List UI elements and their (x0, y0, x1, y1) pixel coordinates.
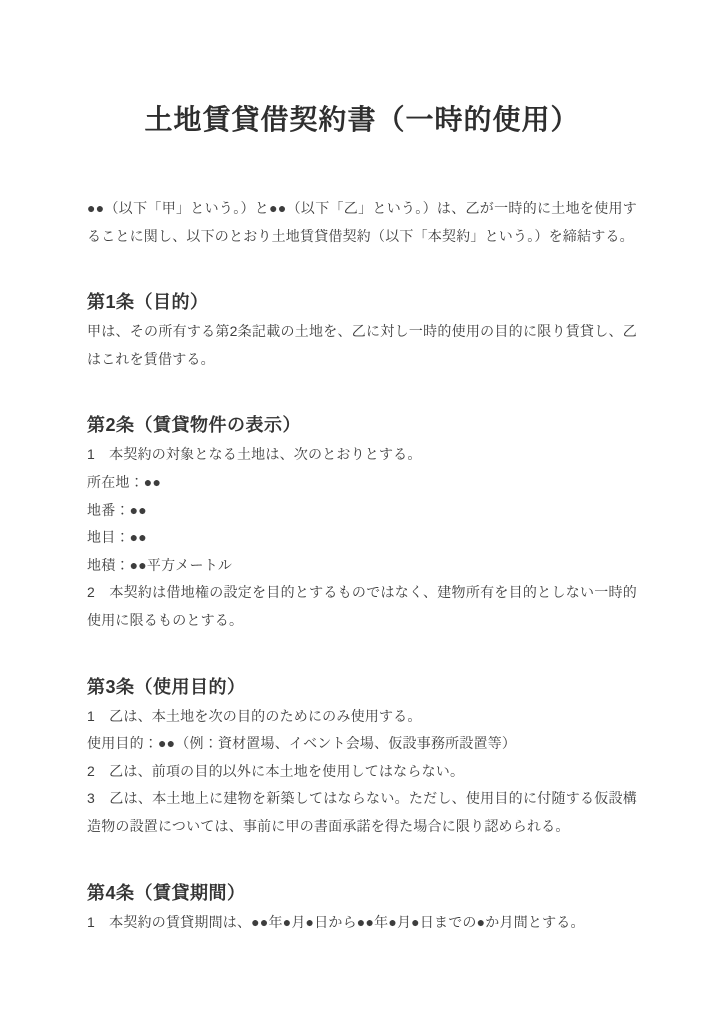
article-3-clause-3: 3 乙は、本土地上に建物を新築してはならない。ただし、使用目的に付随する仮設構造… (87, 785, 637, 840)
article-1-heading: 第1条（目的） (87, 288, 637, 316)
preamble-paragraph: ●●（以下「甲」という。）と●●（以下「乙」という。）は、乙が一時的に土地を使用… (87, 195, 637, 250)
article-2-clause-1: 1 本契約の対象となる土地は、次のとおりとする。 (87, 441, 637, 469)
document-title: 土地賃貸借契約書（一時的使用） (87, 100, 637, 140)
contract-document-page: 土地賃貸借契約書（一時的使用） ●●（以下「甲」という。）と●●（以下「乙」とい… (0, 0, 724, 1024)
article-3-heading: 第3条（使用目的） (87, 673, 637, 701)
article-1-section: 第1条（目的） 甲は、その所有する第2条記載の土地を、乙に対し一時的使用の目的に… (87, 288, 637, 373)
article-2-section: 第2条（賃貸物件の表示） 1 本契約の対象となる土地は、次のとおりとする。 所在… (87, 411, 637, 634)
article-4-heading: 第4条（賃貸期間） (87, 879, 637, 907)
article-3-clause-1: 1 乙は、本土地を次の目的のためにのみ使用する。 (87, 703, 637, 731)
property-land-area-line: 地積：●●平方メートル (87, 552, 637, 580)
article-4-section: 第4条（賃貸期間） 1 本契約の賃貸期間は、●●年●月●日から●●年●月●日まで… (87, 879, 637, 937)
property-location-line: 所在地：●● (87, 469, 637, 497)
article-3-section: 第3条（使用目的） 1 乙は、本土地を次の目的のためにのみ使用する。 使用目的：… (87, 673, 637, 841)
article-3-clause-2: 2 乙は、前項の目的以外に本土地を使用してはならない。 (87, 758, 637, 786)
article-1-paragraph: 甲は、その所有する第2条記載の土地を、乙に対し一時的使用の目的に限り賃貸し、乙は… (87, 318, 637, 373)
article-2-heading: 第2条（賃貸物件の表示） (87, 411, 637, 439)
usage-purpose-line: 使用目的：●●（例：資材置場、イベント会場、仮設事務所設置等） (87, 730, 637, 758)
property-lot-number-line: 地番：●● (87, 497, 637, 525)
article-4-clause-1: 1 本契約の賃貸期間は、●●年●月●日から●●年●月●日までの●か月間とする。 (87, 909, 637, 937)
property-land-category-line: 地目：●● (87, 524, 637, 552)
article-2-clause-2: 2 本契約は借地権の設定を目的とするものではなく、建物所有を目的としない一時的使… (87, 579, 637, 634)
